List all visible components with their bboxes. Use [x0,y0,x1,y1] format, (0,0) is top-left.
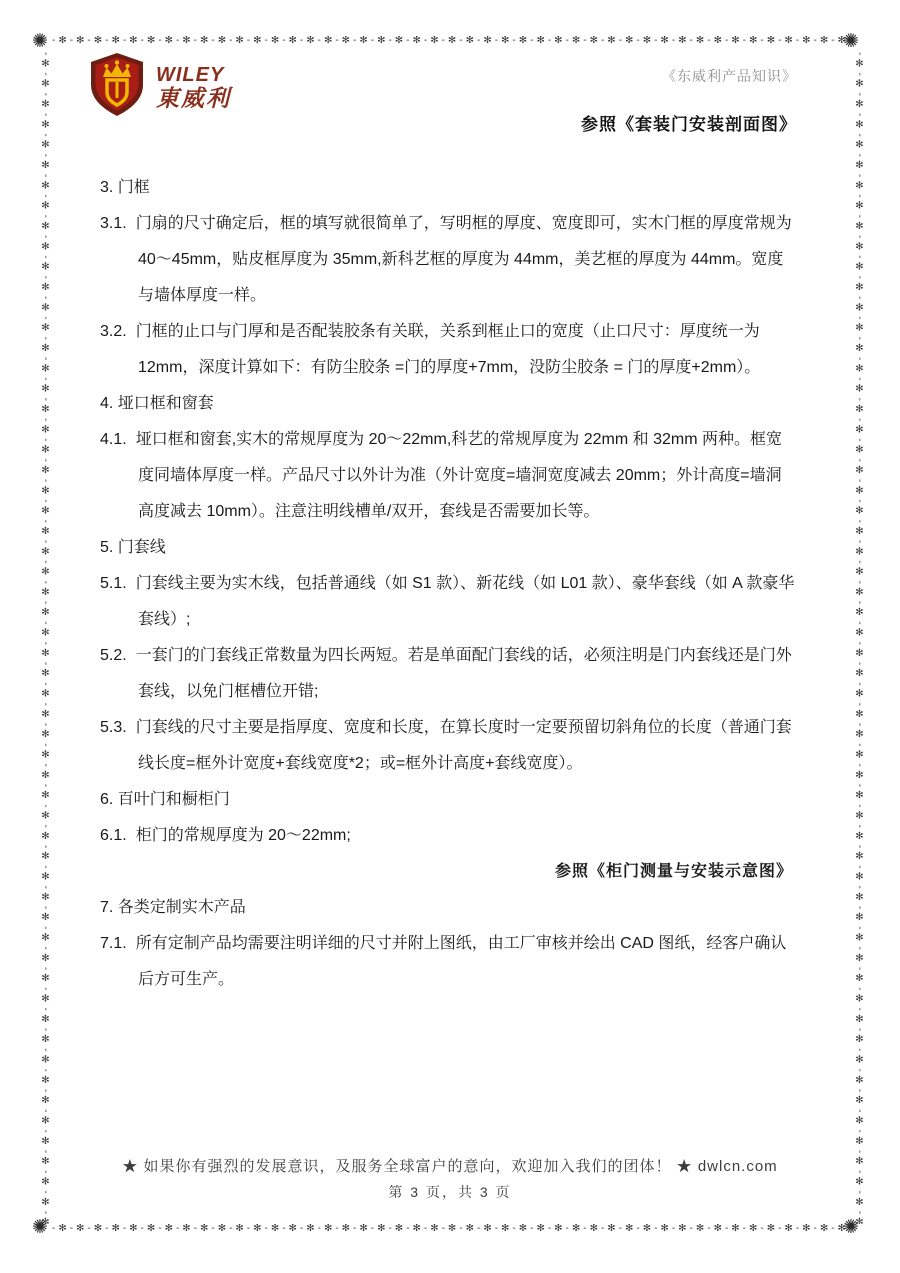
item-number: 5.2. [100,647,127,664]
section-heading: 5. 门套线 [100,530,797,566]
corner-ornament-icon: ✺ [843,1218,859,1237]
brand-name-en: WILEY [156,65,231,86]
document-page: WILEY 東威利 《东威利产品知识》 参照《套装门安装剖面图》 3. 门框 3… [100,52,797,998]
item-text: 垭口框和窗套,实木的常规厚度为 20～22mm,科艺的常规厚度为 22mm 和 … [136,431,782,520]
item-text: 门扇的尺寸确定后，框的填写就很简单了，写明框的厚度、宽度即可，实木门框的厚度常规… [136,215,792,304]
item-text: 所有定制产品均需要注明详细的尺寸并附上图纸，由工厂审核并绘出 CAD 图纸，经客… [136,935,787,988]
item-number: 5.1. [100,575,127,592]
page-number: 第 3 页，共 3 页 [60,1182,840,1202]
border-left-ornament: -✻-✻-✻-✻-✻-✻-✻-✻-✻-✻-✻-✻-✻-✻-✻-✻-✻-✻-✻-✻… [36,52,50,1224]
item-text: 门框的止口与门厚和是否配装胶条有关联，关系到框止口的宽度（止口尺寸：厚度统一为 … [136,323,761,376]
item-number: 3.1. [100,215,127,232]
page-header: WILEY 東威利 《东威利产品知识》 参照《套装门安装剖面图》 [100,52,797,154]
section-item: 5.2.一套门的门套线正常数量为四长两短。若是单面配门套线的话，必须注明是门内套… [100,638,797,710]
section-item: 6.1.柜门的常规厚度为 20～22mm; [100,818,797,854]
corner-ornament-icon: ✺ [32,32,48,51]
logo-wordmark: WILEY 東威利 [156,65,231,110]
document-series-title: 《东威利产品知识》 [581,66,797,86]
page-footer: ★ 如果你有强烈的发展意识，及服务全球富户的意向，欢迎加入我们的团体！ ★ dw… [60,1155,840,1202]
item-text: 门套线的尺寸主要是指厚度、宽度和长度，在算长度时一定要预留切斜角位的长度（普通门… [136,719,792,772]
section-heading: 7. 各类定制实木产品 [100,890,797,926]
item-number: 3.2. [100,323,127,340]
section-heading: 3. 门框 [100,170,797,206]
border-top-ornament: -✻-✻-✻-✻-✻-✻-✻-✻-✻-✻-✻-✻-✻-✻-✻-✻-✻-✻-✻-✻… [52,36,852,50]
corner-ornament-icon: ✺ [32,1218,48,1237]
border-bottom-ornament: -✻-✻-✻-✻-✻-✻-✻-✻-✻-✻-✻-✻-✻-✻-✻-✻-✻-✻-✻-✻… [52,1224,852,1238]
section-item: 5.3.门套线的尺寸主要是指厚度、宽度和长度，在算长度时一定要预留切斜角位的长度… [100,710,797,782]
border-right-ornament: -✻-✻-✻-✻-✻-✻-✻-✻-✻-✻-✻-✻-✻-✻-✻-✻-✻-✻-✻-✻… [850,52,864,1224]
item-number: 4.1. [100,431,127,448]
section-item: 3.1.门扇的尺寸确定后，框的填写就很简单了，写明框的厚度、宽度即可，实木门框的… [100,206,797,314]
section-heading: 4. 垭口框和窗套 [100,386,797,422]
item-text: 柜门的常规厚度为 20～22mm; [136,827,351,844]
section-item: 5.1.门套线主要为实木线，包括普通线（如 S1 款）、新花线（如 L01 款）… [100,566,797,638]
company-logo: WILEY 東威利 [88,52,231,123]
section-item: 3.2.门框的止口与门厚和是否配装胶条有关联，关系到框止口的宽度（止口尺寸：厚度… [100,314,797,386]
shield-crown-logo-icon [88,52,146,123]
section-heading: 6. 百叶门和橱柜门 [100,782,797,818]
footer-slogan: ★ 如果你有强烈的发展意识，及服务全球富户的意向，欢迎加入我们的团体！ ★ dw… [60,1155,840,1176]
document-body: 3. 门框 3.1.门扇的尺寸确定后，框的填写就很简单了，写明框的厚度、宽度即可… [100,170,797,998]
item-number: 5.3. [100,719,127,736]
item-number: 7.1. [100,935,127,952]
brand-name-cn: 東威利 [156,86,231,110]
reference-note-cabinet: 参照《柜门测量与安装示意图》 [100,854,797,890]
section-item: 4.1.垭口框和窗套,实木的常规厚度为 20～22mm,科艺的常规厚度为 22m… [100,422,797,530]
reference-note-top: 参照《套装门安装剖面图》 [581,110,797,135]
section-item: 7.1.所有定制产品均需要注明详细的尺寸并附上图纸，由工厂审核并绘出 CAD 图… [100,926,797,998]
item-number: 6.1. [100,827,127,844]
corner-ornament-icon: ✺ [843,32,859,51]
item-text: 门套线主要为实木线，包括普通线（如 S1 款）、新花线（如 L01 款）、豪华套… [136,575,795,628]
item-text: 一套门的门套线正常数量为四长两短。若是单面配门套线的话，必须注明是门内套线还是门… [136,647,792,700]
header-right: 《东威利产品知识》 参照《套装门安装剖面图》 [581,52,797,135]
